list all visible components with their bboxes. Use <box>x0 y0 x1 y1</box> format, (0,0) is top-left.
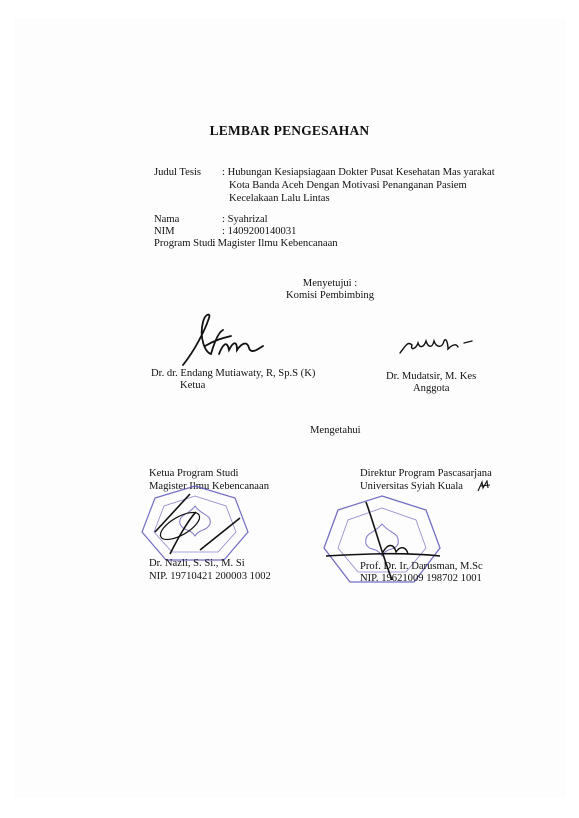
paraf-mark <box>476 480 492 492</box>
field-label-judul: Judul Tesis <box>154 167 201 180</box>
approval-heading-2: Komisi Pembimbing <box>250 290 410 303</box>
field-label-prodi: Program Studi <box>154 238 216 251</box>
field-value-prodi: : Magister Ilmu Kebencanaan <box>212 238 338 251</box>
field-label-nim: NIM <box>154 226 175 239</box>
direktur-name: Prof. Dr. Ir. Darusman, M.Sc <box>360 561 483 574</box>
signature-ketua <box>175 310 265 368</box>
signatory-ketua-role: Ketua <box>180 380 205 393</box>
page-title: LEMBAR PENGESAHAN <box>0 123 579 139</box>
signatory-ketua-name: Dr. dr. Endang Mutiawaty, R, Sp.S (K) <box>151 368 315 381</box>
field-value-judul-line1: : Hubungan Kesiapsiagaan Dokter Pusat Ke… <box>222 167 495 180</box>
field-label-nama: Nama <box>154 214 179 227</box>
direktur-title-1: Direktur Program Pascasarjana <box>360 468 492 481</box>
field-value-judul-line3: Kecelakaan Lalu Lintas <box>229 193 330 206</box>
kaprodi-title-1: Ketua Program Studi <box>149 468 238 481</box>
field-value-nim: : 1409200140031 <box>222 226 296 239</box>
kaprodi-nip: NIP. 19710421 200003 1002 <box>149 571 271 584</box>
signatory-anggota-role: Anggota <box>413 383 449 396</box>
kaprodi-name: Dr. Nazli, S. Si., M. Si <box>149 558 245 571</box>
approval-heading-1: Menyetujui : <box>250 278 410 291</box>
field-value-judul-line2: Kota Banda Aceh Dengan Motivasi Penangan… <box>229 180 467 193</box>
direktur-title-2: Universitas Syiah Kuala <box>360 481 463 494</box>
field-value-nama: : Syahrizal <box>222 214 268 227</box>
signature-anggota <box>398 335 478 357</box>
stamp-prodi <box>140 484 250 564</box>
signatory-anggota-name: Dr. Mudatsir, M. Kes <box>386 371 476 384</box>
direktur-nip: NIP. 19621009 198702 1001 <box>360 573 482 586</box>
acknowledgement-heading: Mengetahui <box>310 425 361 438</box>
